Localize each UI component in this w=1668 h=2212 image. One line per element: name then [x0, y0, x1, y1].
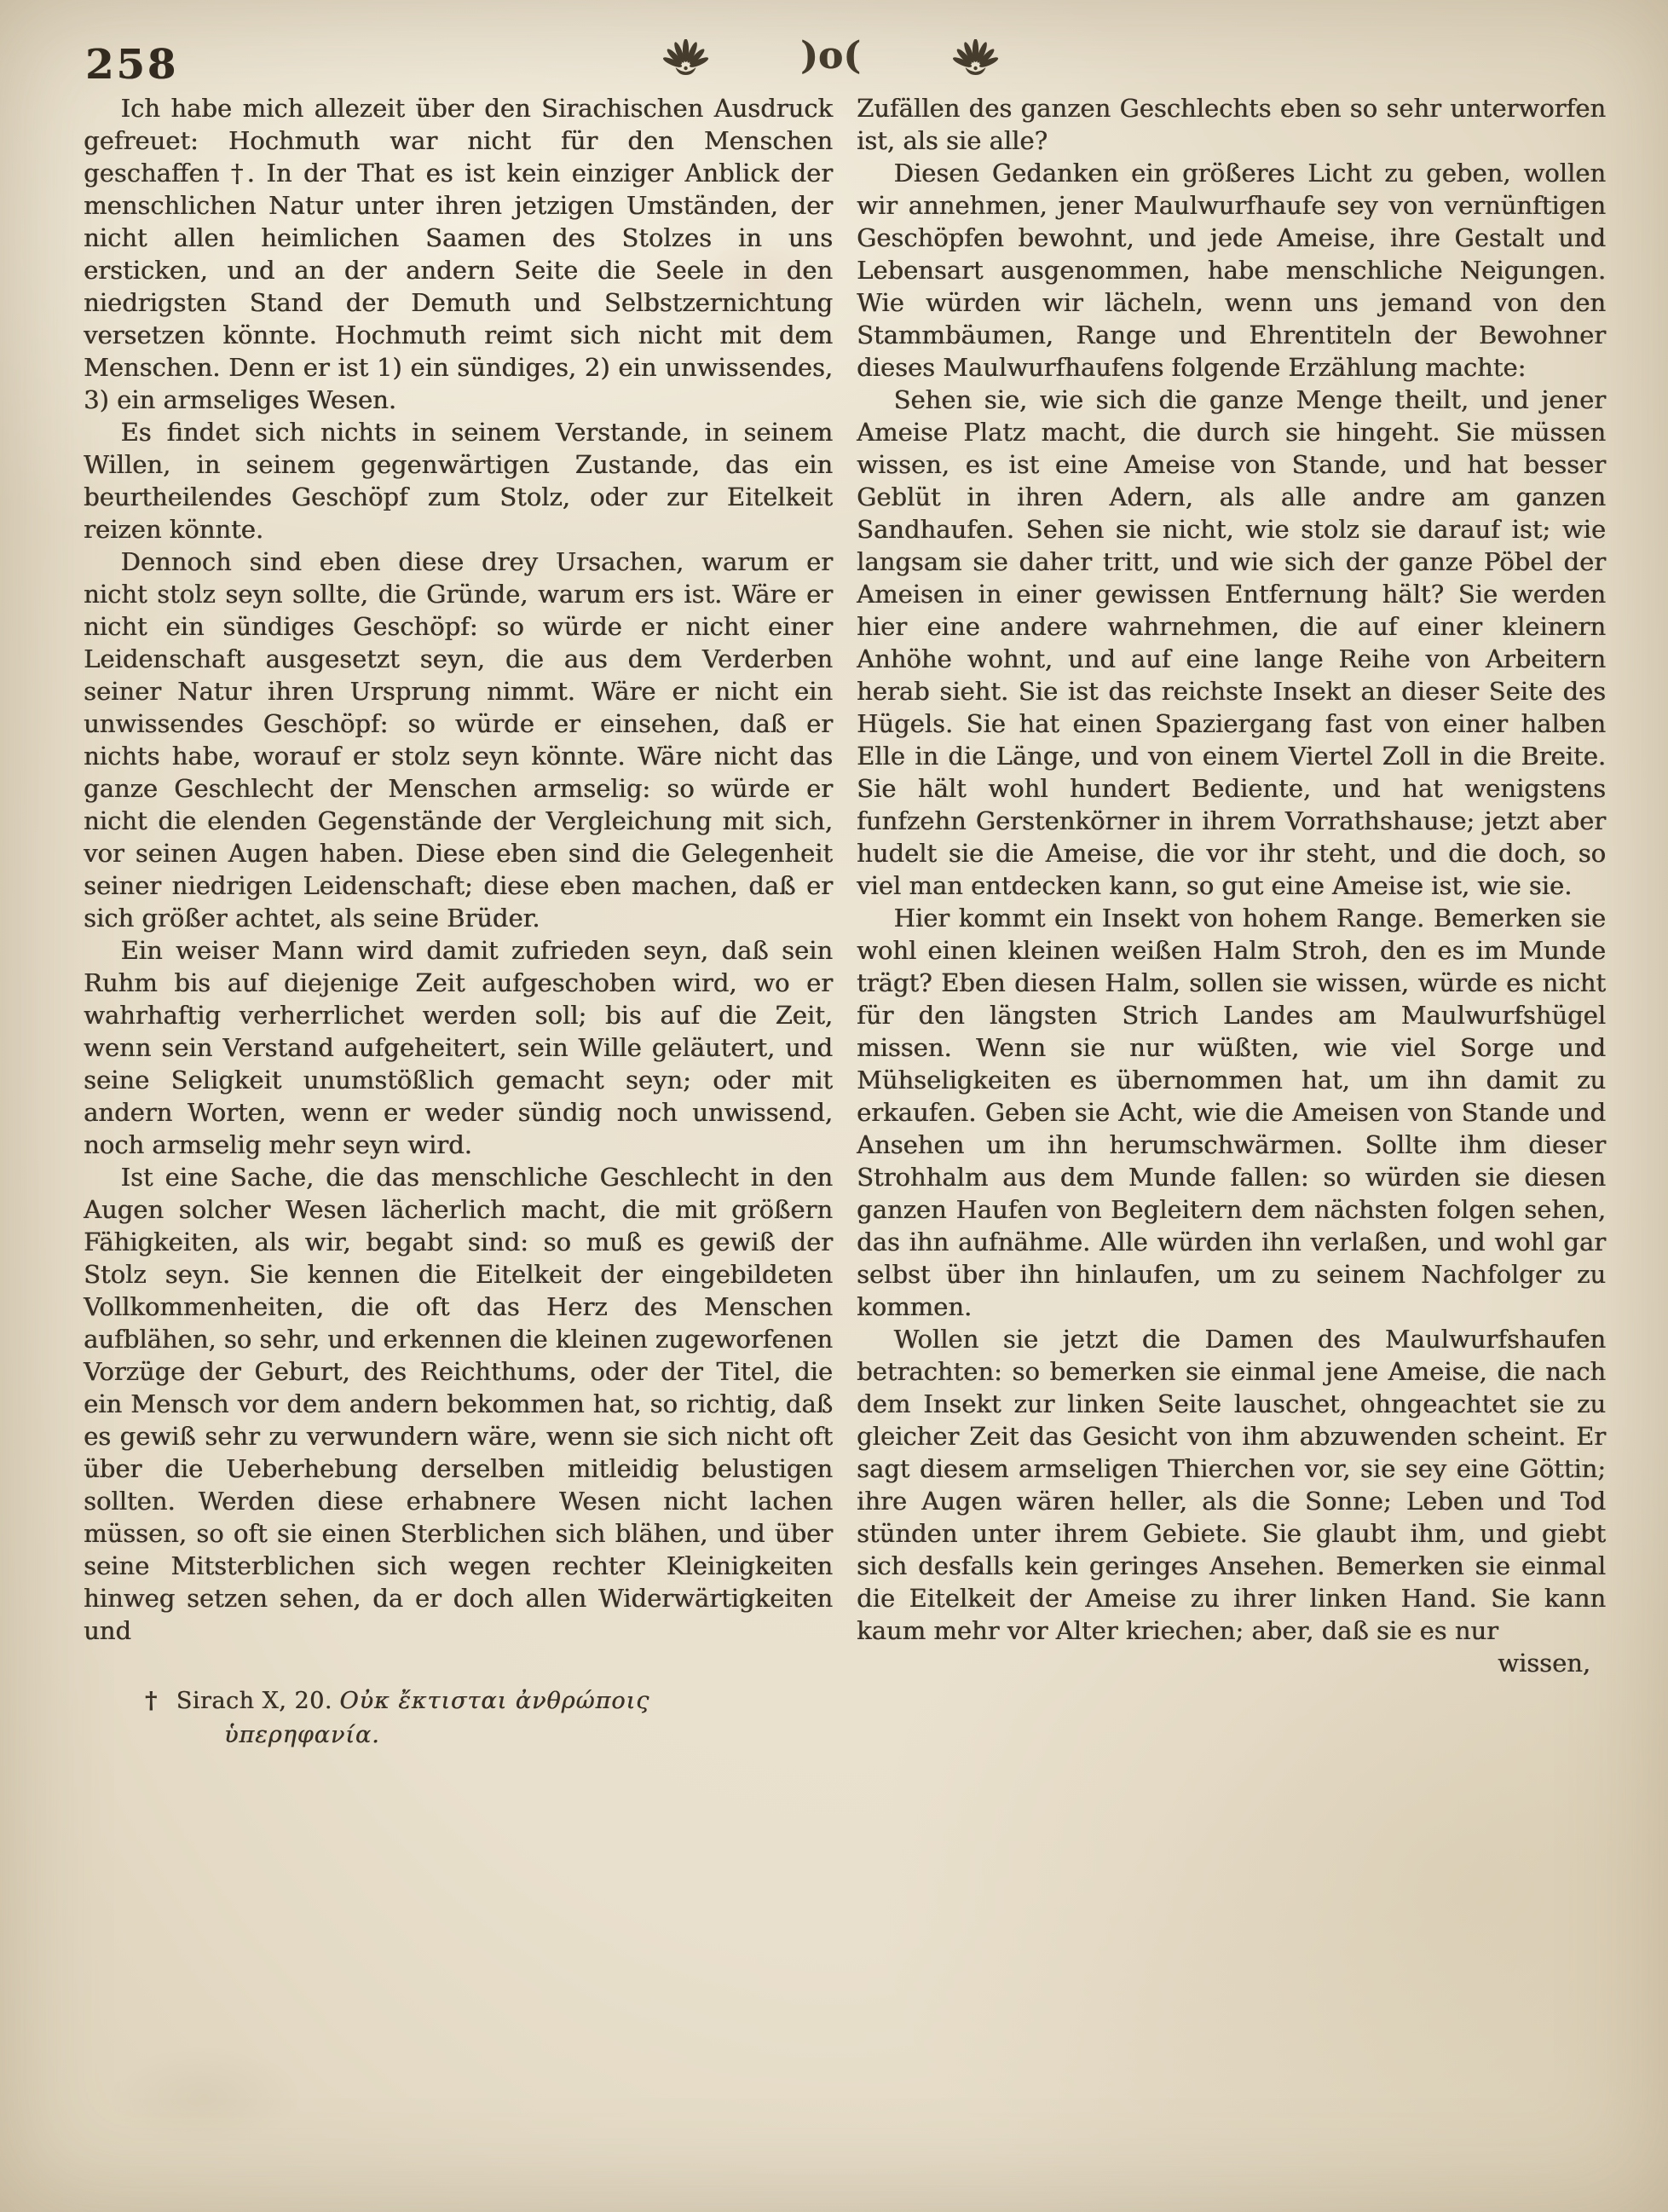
paper-stain — [77, 2029, 332, 2165]
footnote-line: † Sirach X, 20. Οὐκ ἔκτισται ἀνθρώποις — [84, 1684, 833, 1718]
footnote-greek-text: Οὐκ ἔκτισται ἀνθρώποις — [339, 1688, 649, 1714]
gathering-signature-mark: )o( — [800, 34, 861, 78]
dagger-footnote-marker: † — [145, 1688, 169, 1714]
paragraph: Sehen sie, wie sich die ganze Menge thei… — [857, 384, 1606, 902]
paragraph: Diesen Gedanken ein größeres Licht zu ge… — [857, 157, 1606, 384]
paragraph: Ich habe mich allezeit über den Sirachis… — [84, 92, 833, 416]
paragraph: Dennoch sind eben diese drey Ursachen, w… — [84, 546, 833, 934]
paragraph: Hier kommt ein Insekt von hohem Range. B… — [857, 902, 1606, 1323]
running-header: 258 ) — [0, 34, 1668, 101]
paragraph: Ein weiser Mann wird damit zufrieden sey… — [84, 934, 833, 1161]
header-ornaments: )o( — [662, 38, 999, 81]
paragraph-list: Zufällen des ganzen Geschlechts eben so … — [857, 92, 1606, 1647]
paragraph: Es findet sich nichts in seinem Verstand… — [84, 416, 833, 546]
footnote-citation: Sirach X, 20. — [176, 1688, 332, 1714]
footnote: † Sirach X, 20. Οὐκ ἔκτισται ἀνθρώποις ὑ… — [84, 1684, 833, 1753]
footnote-greek-text: ὑπερηφανία. — [224, 1722, 380, 1748]
footnote-line: ὑπερηφανία. — [84, 1718, 833, 1753]
page-number: 258 — [85, 41, 178, 89]
two-column-text-block: Ich habe mich allezeit über den Sirachis… — [84, 92, 1607, 1753]
left-column: Ich habe mich allezeit über den Sirachis… — [84, 92, 833, 1753]
shell-ornament-icon — [953, 39, 999, 80]
right-column: Zufällen des ganzen Geschlechts eben so … — [857, 92, 1606, 1753]
paragraph: Wollen sie jetzt die Damen des Maulwurfs… — [857, 1323, 1606, 1647]
catchword: wissen, — [857, 1647, 1606, 1679]
paragraph-list: Ich habe mich allezeit über den Sirachis… — [84, 92, 833, 1647]
paragraph: Ist eine Sache, die das menschliche Gesc… — [84, 1161, 833, 1647]
book-page: 258 ) — [0, 0, 1668, 2212]
shell-ornament-icon — [662, 39, 708, 80]
paragraph: Zufällen des ganzen Geschlechts eben so … — [857, 92, 1606, 157]
